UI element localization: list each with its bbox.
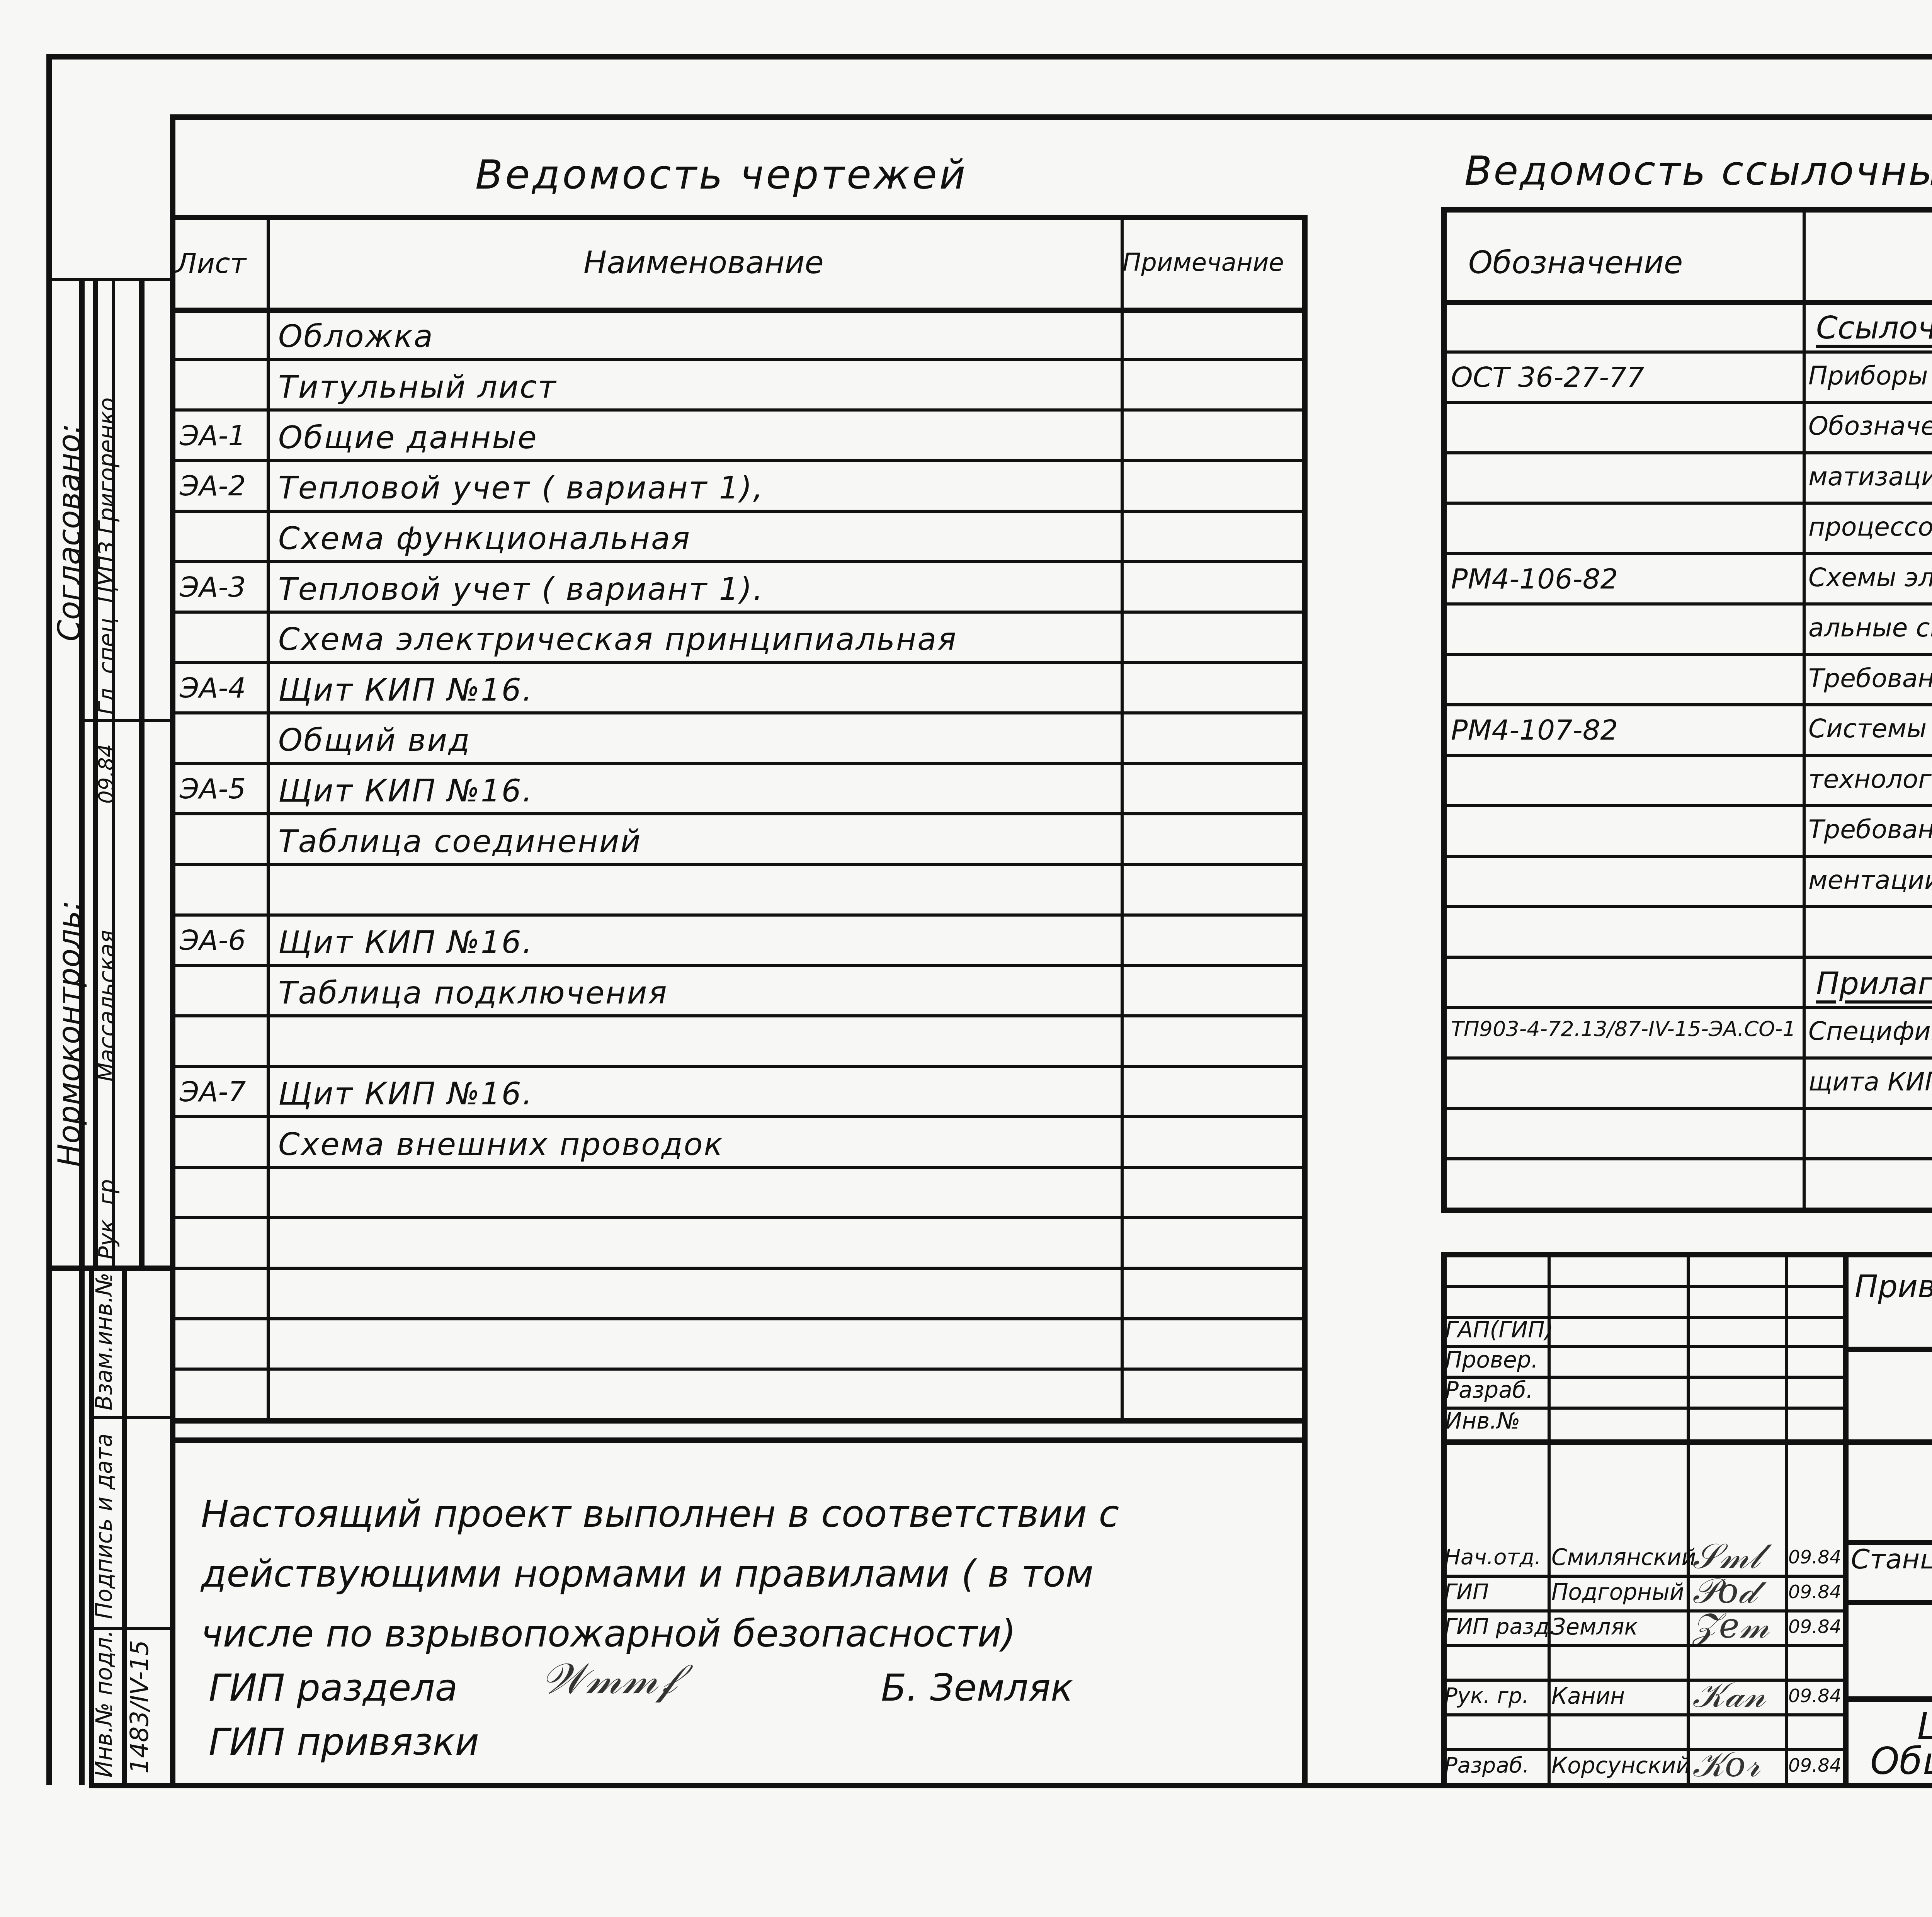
inv-orig-label: Инв.№ подл. bbox=[93, 1630, 115, 1778]
row-name: Системы автоматизации bbox=[1808, 716, 1932, 742]
row-sheet-code: ЭА-6 bbox=[180, 926, 246, 954]
row-name: матизации технологических bbox=[1808, 464, 1932, 490]
row-name: Приборы и средства автоматизации bbox=[1808, 363, 1932, 389]
row-divider bbox=[1441, 502, 1932, 505]
agreed-entry: Гл. спец. ЦУПЗ Григоренко bbox=[96, 398, 118, 715]
refs-header-top bbox=[1441, 207, 1932, 213]
row-divider bbox=[1441, 1107, 1932, 1110]
tb-col-sign bbox=[1785, 1252, 1788, 1787]
row-divider bbox=[170, 1115, 1306, 1118]
row-divider bbox=[170, 913, 1306, 917]
signature-name: Смилянский bbox=[1551, 1546, 1696, 1568]
row-code: РМ4-107-82 bbox=[1451, 716, 1618, 744]
row-divider bbox=[1441, 1006, 1932, 1009]
tb-mid-line bbox=[1441, 1439, 1932, 1445]
row-sheet-code: ЭА-3 bbox=[180, 573, 246, 601]
row-sheet-code: ЭА-7 bbox=[180, 1078, 246, 1106]
side-stamp-divider bbox=[79, 719, 172, 722]
row-divider bbox=[1441, 1056, 1932, 1060]
row-name: Щит КИП №16. bbox=[278, 927, 533, 958]
row-divider bbox=[1441, 602, 1932, 606]
agreed-label: Согласовано: bbox=[54, 424, 85, 641]
section-heading: Ссылочные документы bbox=[1816, 313, 1932, 344]
note-line-3: числе по взрывопожарной безопасности) bbox=[201, 1615, 1016, 1652]
replace-inv-label: Взам.инв.№ bbox=[93, 1272, 115, 1410]
row-divider bbox=[170, 1014, 1306, 1017]
binding-label: Привязан: bbox=[1855, 1271, 1932, 1302]
gip-section-label: ГИП раздела bbox=[209, 1669, 457, 1706]
normcontrol-label: Нормоконтроль: bbox=[54, 900, 85, 1167]
drawings-header-bottom bbox=[170, 308, 1306, 313]
refs-left-border bbox=[1441, 207, 1447, 1212]
sign-date-label: Подпись и дата bbox=[93, 1434, 115, 1619]
gip-section-name: Б. Земляк bbox=[881, 1669, 1073, 1706]
row-divider bbox=[1441, 401, 1932, 404]
row-name: Щит КИП №16. bbox=[278, 1078, 533, 1109]
row-name: щита КИП №16 bbox=[1808, 1069, 1932, 1095]
tb-col-date bbox=[1843, 1252, 1849, 1787]
row-name: Щит КИП №16. bbox=[278, 675, 533, 706]
row-sheet-code: ЭА-4 bbox=[180, 674, 246, 702]
binding-bottom bbox=[1843, 1347, 1932, 1352]
tb-col-name bbox=[1687, 1252, 1690, 1787]
row-name: Общие данные bbox=[278, 422, 538, 453]
normcontrol-date: 09.84 bbox=[96, 744, 117, 804]
row-name: Таблица соединений bbox=[278, 826, 642, 857]
inv-divider-2 bbox=[89, 1627, 170, 1630]
row-divider bbox=[170, 1216, 1306, 1219]
signature-name: Корсунский bbox=[1551, 1754, 1690, 1777]
signature-role: Разраб. bbox=[1444, 1755, 1529, 1776]
signature-date: 09.84 bbox=[1788, 1618, 1841, 1636]
row-divider bbox=[170, 408, 1306, 412]
row-divider bbox=[1441, 1679, 1845, 1682]
row-divider bbox=[170, 560, 1306, 563]
inv-divider-1 bbox=[89, 1416, 170, 1419]
drawings-header-top bbox=[170, 215, 1306, 220]
row-name: альные систем автоматизации. bbox=[1808, 615, 1932, 641]
row-sheet-code: ЭА-2 bbox=[180, 472, 246, 500]
row-name: Титульный лист bbox=[278, 372, 557, 403]
row-divider bbox=[1441, 552, 1932, 555]
inv-bottom bbox=[89, 1783, 170, 1788]
drawings-col-divider-1 bbox=[267, 215, 270, 1422]
row-divider bbox=[170, 1368, 1306, 1371]
group-head-label: Рук. гр. bbox=[96, 1172, 118, 1260]
row-name: Схемы электрические принципи- bbox=[1808, 565, 1932, 590]
row-divider bbox=[170, 964, 1306, 967]
row-divider bbox=[1441, 1157, 1932, 1160]
refs-bottom bbox=[1441, 1208, 1932, 1213]
row-name: технологических процессов. bbox=[1808, 767, 1932, 792]
row-divider bbox=[1441, 653, 1932, 656]
project-title-bottom bbox=[1843, 1600, 1932, 1605]
row-name: Схема электрическая принципиальная bbox=[278, 624, 957, 655]
row-sheet-code: ЭА-5 bbox=[180, 775, 246, 803]
normcontrol-entry: Массальская bbox=[96, 930, 118, 1082]
row-divider bbox=[170, 762, 1306, 765]
project-title-line1: Станция тепловодоснабжения жилых домов bbox=[1851, 1546, 1932, 1573]
row-divider bbox=[1441, 1748, 1845, 1751]
row-name: Требования к выполнению доку- bbox=[1808, 817, 1932, 842]
row-code: ОСТ 36-27-77 bbox=[1451, 363, 1645, 391]
drawings-list-title: Ведомость чертежей bbox=[475, 155, 968, 195]
drawings-bottom bbox=[170, 1418, 1306, 1424]
row-divider bbox=[1441, 804, 1932, 807]
signature-date: 09.84 bbox=[1788, 1687, 1841, 1705]
row-name: Обозначения условные в схемах авто- bbox=[1808, 413, 1932, 439]
row-name: Спецификация bbox=[1808, 1019, 1932, 1044]
row-name: Общий вид bbox=[278, 725, 471, 756]
row-divider bbox=[170, 611, 1306, 614]
tb-row-line bbox=[1441, 1285, 1845, 1288]
row-divider bbox=[1441, 1713, 1845, 1716]
inner-frame-left bbox=[170, 114, 175, 1788]
title-block-bottom bbox=[1441, 1783, 1932, 1788]
row-code: ТП903-4-72.13/87-IV-15-ЭА.СО-1 bbox=[1451, 1019, 1796, 1039]
side-stamp-col-3 bbox=[139, 278, 145, 1267]
row-divider bbox=[170, 510, 1306, 513]
row-name: процессов bbox=[1808, 514, 1932, 540]
row-divider bbox=[1441, 956, 1932, 959]
row-name: Таблица подключения bbox=[278, 978, 668, 1009]
drawings-col-divider-2 bbox=[1121, 215, 1124, 1422]
handwritten-signature: 𝒵𝑒𝓂 bbox=[1692, 1606, 1769, 1647]
outer-frame-left bbox=[46, 54, 52, 1785]
row-divider bbox=[1441, 1609, 1845, 1613]
signature-name: Канин bbox=[1551, 1685, 1625, 1707]
row-divider bbox=[170, 1317, 1306, 1320]
row-divider bbox=[1441, 1644, 1845, 1647]
binding-role-developed: Разраб. bbox=[1445, 1379, 1533, 1401]
stage-bottom bbox=[1843, 1696, 1932, 1702]
row-sheet-code: ЭА-1 bbox=[180, 422, 246, 449]
refs-header-bottom bbox=[1441, 300, 1932, 305]
note-line-1: Настоящий проект выполнен в соответствии… bbox=[201, 1495, 1119, 1533]
gip-section-signature: 𝒲𝓂𝓂𝒻 bbox=[541, 1654, 677, 1704]
row-divider bbox=[1441, 703, 1932, 706]
row-divider bbox=[1441, 350, 1932, 354]
row-divider bbox=[1441, 451, 1932, 454]
row-name: Обложка bbox=[278, 321, 434, 352]
side-stamp-mid bbox=[46, 1266, 174, 1271]
handwritten-signature: 𝒦𝒶𝓃 bbox=[1692, 1675, 1765, 1716]
row-name: ментации на щиты и пульты bbox=[1808, 867, 1932, 893]
signature-role: Рук. гр. bbox=[1444, 1685, 1529, 1707]
row-name: Тепловой учет ( вариант 1), bbox=[278, 473, 764, 503]
inner-frame-top bbox=[170, 114, 1932, 120]
side-stamp-top bbox=[46, 278, 174, 281]
row-name: Тепловой учет ( вариант 1). bbox=[278, 574, 764, 605]
inv-orig-value: 1483/IV-15 bbox=[128, 1640, 152, 1774]
refs-col-divider-1 bbox=[1803, 207, 1806, 1212]
header-sheet: Лист bbox=[176, 249, 246, 277]
signature-role: ГИП bbox=[1444, 1581, 1489, 1603]
outer-frame-top bbox=[46, 54, 1932, 60]
row-divider bbox=[170, 459, 1306, 462]
row-divider bbox=[170, 863, 1306, 866]
section-heading: Прилагаемые документы (ал.V) bbox=[1816, 968, 1932, 999]
row-code: РМ4-106-82 bbox=[1451, 565, 1618, 593]
row-divider bbox=[170, 812, 1306, 815]
row-divider bbox=[1441, 905, 1932, 908]
binding-role-checked: Провер. bbox=[1445, 1349, 1538, 1371]
row-divider bbox=[1441, 754, 1932, 757]
row-name: Схема функциональная bbox=[278, 523, 691, 554]
row-divider bbox=[170, 358, 1306, 361]
gip-binding-label: ГИП привязки bbox=[209, 1723, 479, 1761]
drawing-title-line2: Общие данные bbox=[1870, 1743, 1932, 1780]
row-divider bbox=[170, 711, 1306, 714]
drawings-right-border bbox=[1302, 215, 1308, 1788]
row-divider bbox=[170, 661, 1306, 664]
row-divider bbox=[170, 1065, 1306, 1068]
signature-name: Земляк bbox=[1551, 1616, 1638, 1638]
row-divider bbox=[170, 1267, 1306, 1270]
row-divider bbox=[1441, 1575, 1845, 1578]
header-name: Наименование bbox=[583, 247, 824, 278]
row-divider bbox=[1441, 855, 1932, 858]
binding-role-gap: ГАП(ГИП) bbox=[1445, 1318, 1553, 1341]
refs-header-code: Обозначение bbox=[1468, 247, 1683, 278]
signature-role: Нач.отд. bbox=[1444, 1546, 1541, 1568]
signature-role: ГИП разд. bbox=[1444, 1616, 1556, 1638]
row-name: Щит КИП №16. bbox=[278, 776, 533, 806]
row-divider bbox=[170, 1166, 1306, 1169]
signature-date: 09.84 bbox=[1788, 1583, 1841, 1601]
note-line-2: действующими нормами и правилами ( в том bbox=[201, 1555, 1094, 1592]
signature-name: Подгорный bbox=[1551, 1581, 1684, 1603]
row-name: Требования к выполнению bbox=[1808, 666, 1932, 691]
signature-date: 09.84 bbox=[1788, 1548, 1841, 1567]
row-name: Схема внешних проводок bbox=[278, 1129, 724, 1160]
signature-date: 09.84 bbox=[1788, 1756, 1841, 1775]
handwritten-signature: 𝒦𝑜𝓇 bbox=[1692, 1744, 1760, 1785]
note-block-top bbox=[170, 1437, 1306, 1443]
header-note: Примечание bbox=[1122, 250, 1284, 275]
binding-role-inv: Инв.№ bbox=[1445, 1410, 1520, 1432]
references-list-title: Ведомость ссылочных и прилагаемых докуме… bbox=[1464, 151, 1932, 191]
